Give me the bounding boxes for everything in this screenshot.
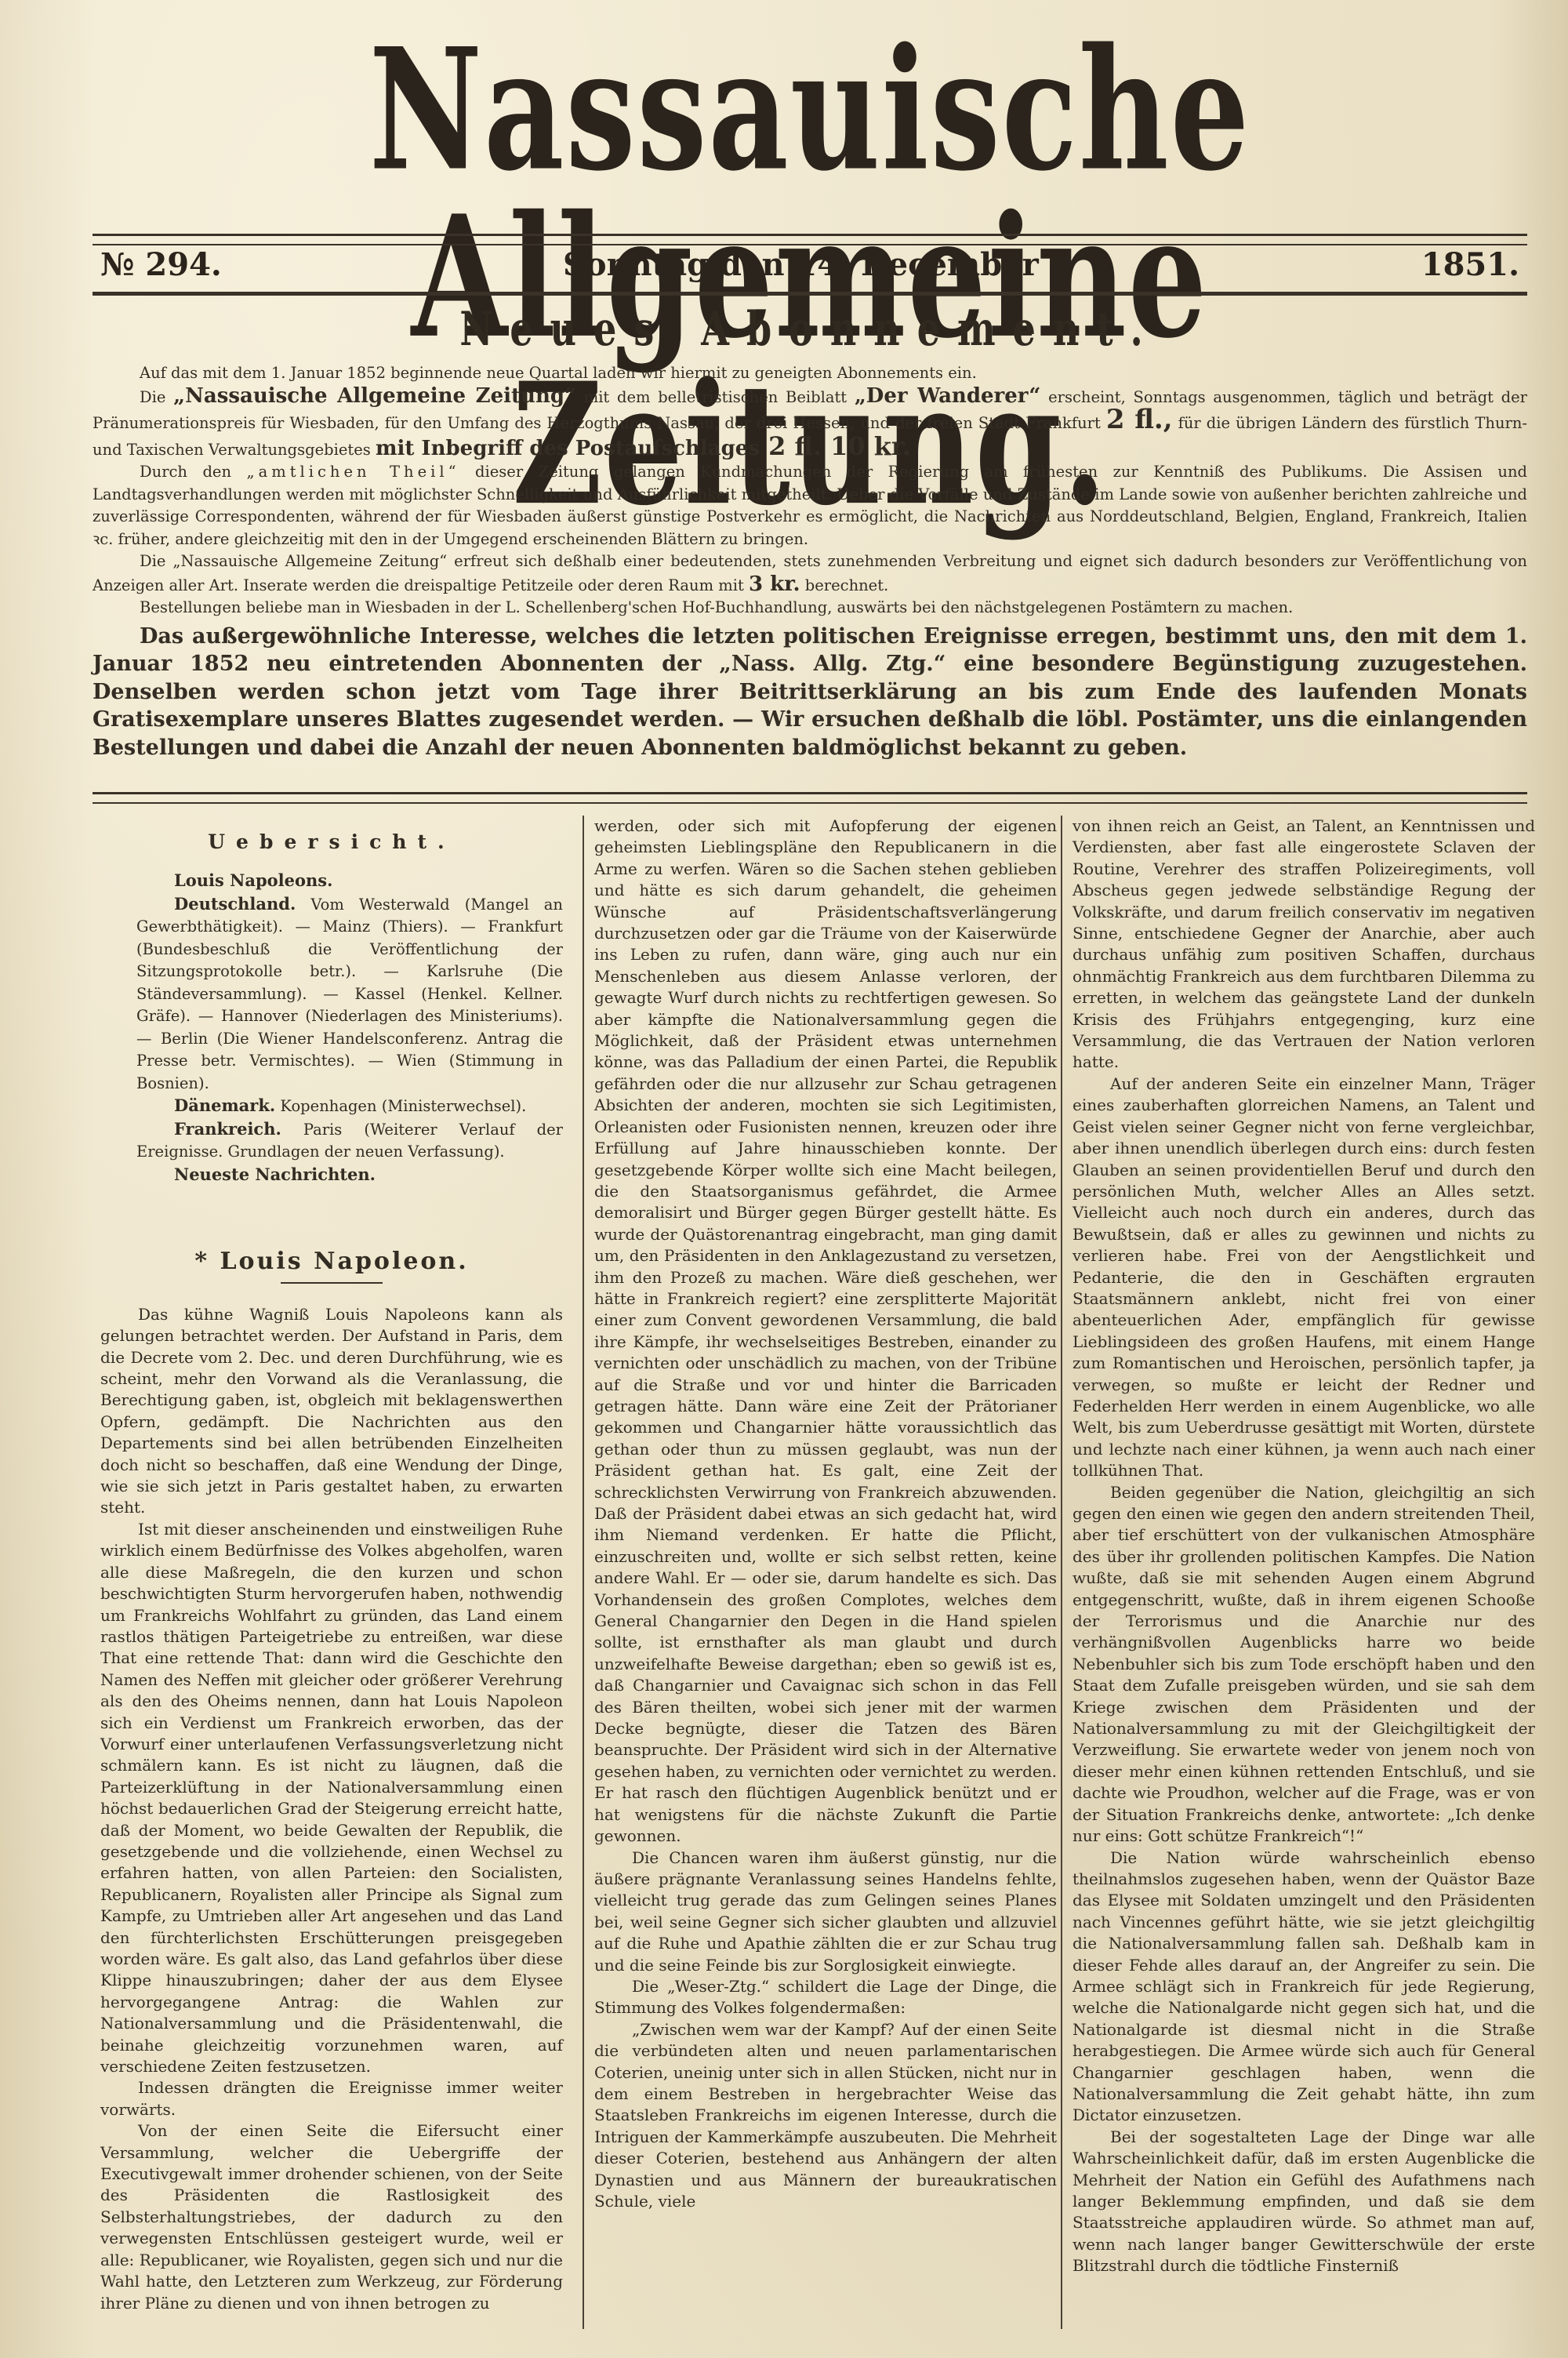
ad-price: 3 kr. (749, 572, 800, 596)
article-paragraph: Indessen drängten die Ereignisse immer w… (100, 2077, 563, 2120)
article-paragraph: Die Nation würde wahrscheinlich ebenso t… (1073, 1848, 1535, 2127)
article-paragraph: Das kühne Wagniß Louis Napoleons kann al… (100, 1304, 563, 1519)
masthead-rule (93, 234, 1527, 245)
dateline-rule (93, 292, 1527, 296)
issue-date: Sonntag den 14. December (563, 246, 1039, 283)
title-rule (281, 1282, 383, 1284)
article-title: * Louis Napoleon. (100, 1251, 563, 1272)
subscription-paragraph: Auf das mit dem 1. Januar 1852 beginnend… (93, 362, 1527, 385)
article-paragraph: von ihnen reich an Geist, an Talent, an … (1073, 816, 1535, 1074)
subscription-paragraph: Durch den „amtlichen Theil“ dieser Zeitu… (93, 461, 1527, 550)
article-paragraph: Ist mit dieser anscheinenden und einstwe… (100, 1519, 563, 2078)
article-paragraph: Beiden gegenüber die Nation, gleichgilti… (1073, 1482, 1535, 1848)
section-rule (93, 792, 1527, 804)
price-local: 2 fl., (1106, 404, 1173, 435)
paper-name: „Nassauische Allgemeine Zeitung“ (173, 384, 576, 408)
issue-number: № 294. (93, 246, 222, 283)
column-1: Uebersicht. Louis Napoleons. Deutschland… (100, 816, 563, 2314)
article-paragraph: Die „Weser-Ztg.“ schildert die Lage der … (594, 1976, 1057, 2019)
overview-item: Dänemark. Kopenhagen (Ministerwechsel). (100, 1095, 563, 1118)
overview-item: Neueste Nachrichten. (100, 1164, 563, 1187)
article-paragraph: werden, oder sich mit Aufopferung der ei… (594, 816, 1057, 1848)
overview-item: Louis Napoleons. (100, 870, 563, 893)
subscription-title: Neues Abonnement. (93, 301, 1527, 356)
subscription-paragraph: Die „Nassauische Allgemeine Zeitung“ erf… (93, 550, 1527, 597)
postage-note: mit Inbegriff des Postaufschlages (376, 437, 760, 460)
column-3: von ihnen reich an Geist, an Talent, an … (1073, 816, 1535, 2277)
column-rule (583, 816, 584, 2329)
column-rule (1061, 816, 1062, 2329)
article-quote: „Zwischen wem war der Kampf? Auf der ein… (594, 2019, 1057, 2213)
article-columns: Uebersicht. Louis Napoleons. Deutschland… (93, 816, 1527, 2337)
dateline: № 294. Sonntag den 14. December 1851. (93, 245, 1527, 284)
supplement-name: „Der Wanderer“ (855, 384, 1041, 408)
overview-item: Deutschland. Vom Westerwald (Mangel an G… (100, 893, 563, 1095)
overview-title: Uebersicht. (100, 831, 563, 852)
subscription-paragraph: Bestellungen beliebe man in Wiesbaden in… (93, 597, 1527, 619)
article-paragraph: Bei der sogestalteten Lage der Dinge war… (1073, 2127, 1535, 2277)
column-2: werden, oder sich mit Aufopferung der ei… (594, 816, 1057, 2212)
price-foreign: 2 fl. 10 kr. (760, 431, 911, 461)
subscription-offer: Das außergewöhnliche Interesse, welches … (93, 623, 1527, 762)
subscription-notice: Auf das mit dem 1. Januar 1852 beginnend… (93, 362, 1527, 761)
article-paragraph: Von der einen Seite die Eifersucht einer… (100, 2120, 563, 2314)
article-paragraph: Auf der anderen Seite ein einzelner Mann… (1073, 1074, 1535, 1482)
article-paragraph: Die Chancen waren ihm äußerst günstig, n… (594, 1848, 1057, 1976)
overview-item: Frankreich. Paris (Weiterer Verlauf der … (100, 1118, 563, 1164)
subscription-paragraph: Die „Nassauische Allgemeine Zeitung“ mit… (93, 385, 1527, 462)
issue-year: 1851. (1421, 246, 1527, 283)
